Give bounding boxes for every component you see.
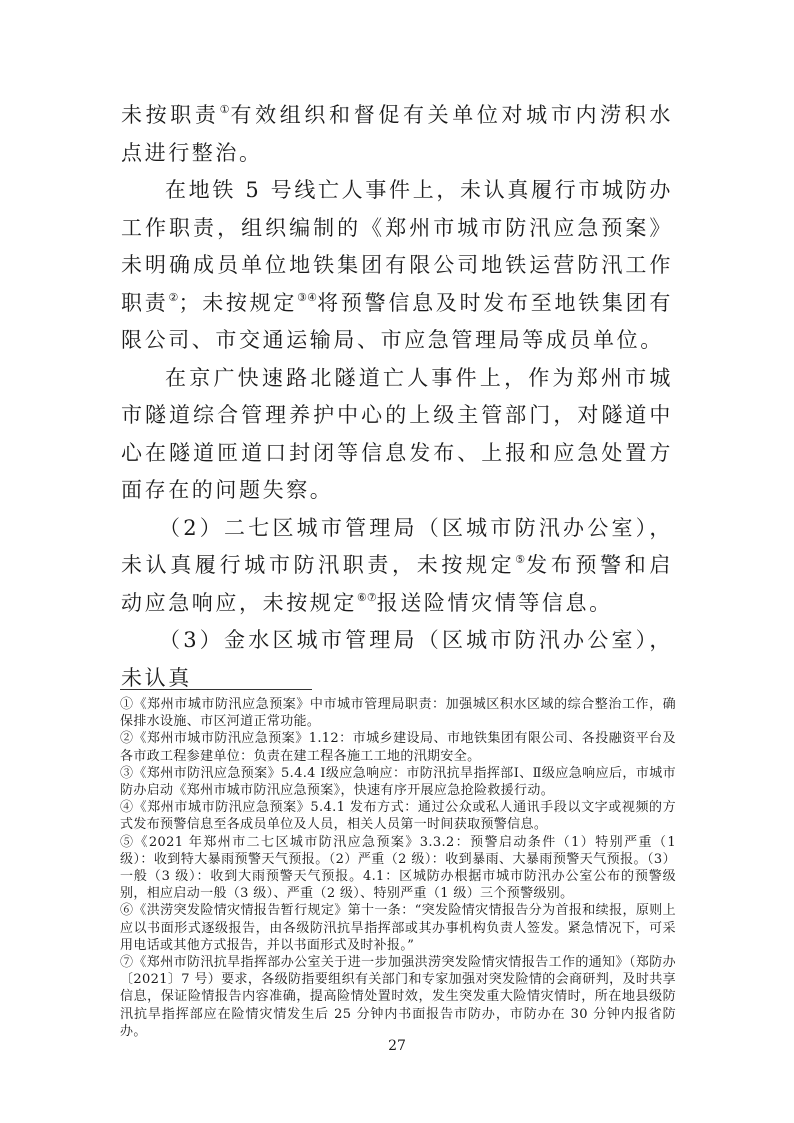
footnote-6: ⑥《洪涝突发险情灾情报告暂行规定》第十一条：“突发险情灾情报告分为首报和续报，原…: [120, 902, 676, 954]
footnote-text: 《郑州市防汛抗旱指挥部办公室关于进一步加强洪涝突发险情灾情报告工作的通知》（郑防…: [120, 955, 676, 1039]
footnotes: ①《郑州市城市防汛应急预案》中市城市管理局职责：加强城区积水区域的综合整治工作，…: [120, 696, 676, 1040]
footnote-marker: ⑥: [120, 903, 133, 918]
paragraph-text: ；未按规定: [178, 291, 297, 315]
body-text: 未按职责①有效组织和督促有关单位对城市内涝积水点进行整治。 在地铁 5 号线亡人…: [121, 97, 673, 697]
footnote-text: 《郑州市城市防汛应急预案》中市城市管理局职责：加强城区积水区域的综合整治工作，确…: [120, 697, 676, 729]
footnote-marker: ②: [120, 731, 133, 746]
footnote-2: ②《郑州市城市防汛应急预案》1.12：市城乡建设局、市地铁集团有限公司、各投融资…: [120, 730, 676, 764]
footnote-reference: ⑤: [515, 553, 526, 566]
paragraph-text: 报送险情灾情等信息。: [377, 591, 613, 615]
footnote-marker: ①: [120, 697, 134, 712]
document-page: 未按职责①有效组织和督促有关单位对城市内涝积水点进行整治。 在地铁 5 号线亡人…: [0, 0, 794, 1123]
paragraph-metro-line-5: 在地铁 5 号线亡人事件上，未认真履行市城防办工作职责，组织编制的《郑州市城市防…: [121, 172, 673, 360]
footnote-marker: ③: [120, 766, 133, 781]
footnote-1: ①《郑州市城市防汛应急预案》中市城市管理局职责：加强城区积水区域的综合整治工作，…: [120, 696, 676, 730]
footnote-text: 《郑州市城市防汛应急预案》1.12：市城乡建设局、市地铁集团有限公司、各投融资平…: [120, 731, 676, 763]
paragraph-erqi-district: （2）二七区城市管理局（区城市防汛办公室），未认真履行城市防汛职责，未按规定⑤发…: [121, 510, 673, 623]
footnote-reference: ②: [168, 291, 178, 304]
footnote-marker: ⑦: [120, 955, 133, 970]
paragraph-text: 在京广快速路北隧道亡人事件上，作为郑州市城市隧道综合管理养护中心的上级主管部门，…: [121, 366, 673, 503]
paragraph-jinshui-district: （3）金水区城市管理局（区城市防汛办公室），未认真: [121, 622, 673, 697]
paragraph-text: 未按职责: [121, 103, 220, 127]
footnote-5: ⑤《2021 年郑州市二七区城市防汛应急预案》3.3.2：预警启动条件（1）特别…: [120, 834, 676, 903]
footnote-marker: ⑤: [120, 835, 134, 850]
paragraph-continuation: 未按职责①有效组织和督促有关单位对城市内涝积水点进行整治。: [121, 97, 673, 172]
footnote-marker: ④: [120, 800, 134, 815]
footnote-7: ⑦《郑州市防汛抗旱指挥部办公室关于进一步加强洪涝突发险情灾情报告工作的通知》（郑…: [120, 954, 676, 1040]
footnote-text: 《郑州市城市防汛应急预案》5.4.1 发布方式：通过公众或私人通讯手段以文字或视…: [120, 800, 676, 832]
footnote-reference: ①: [220, 103, 231, 116]
footnote-text: 《2021 年郑州市二七区城市防汛应急预案》3.3.2：预警启动条件（1）特别严…: [120, 835, 676, 902]
footnote-text: 《郑州市防汛应急预案》5.4.4 Ⅰ级应急响应：市防汛抗旱指挥部Ⅰ、Ⅱ级应急响应…: [120, 766, 676, 798]
paragraph-jingguang-tunnel: 在京广快速路北隧道亡人事件上，作为郑州市城市隧道综合管理养护中心的上级主管部门，…: [121, 360, 673, 510]
footnote-text: 《洪涝突发险情灾情报告暂行规定》第十一条：“突发险情灾情报告分为首报和续报，原则…: [120, 903, 676, 952]
paragraph-text: （3）金水区城市管理局（区城市防汛办公室），未认真: [121, 628, 673, 690]
footnote-reference: ③④: [297, 291, 317, 304]
footnote-3: ③《郑州市防汛应急预案》5.4.4 Ⅰ级应急响应：市防汛抗旱指挥部Ⅰ、Ⅱ级应急响…: [120, 765, 676, 799]
footnote-reference: ⑥⑦: [357, 591, 377, 604]
footnote-separator: [120, 689, 312, 690]
page-number: 27: [0, 1038, 794, 1054]
footnote-4: ④《郑州市城市防汛应急预案》5.4.1 发布方式：通过公众或私人通讯手段以文字或…: [120, 799, 676, 833]
